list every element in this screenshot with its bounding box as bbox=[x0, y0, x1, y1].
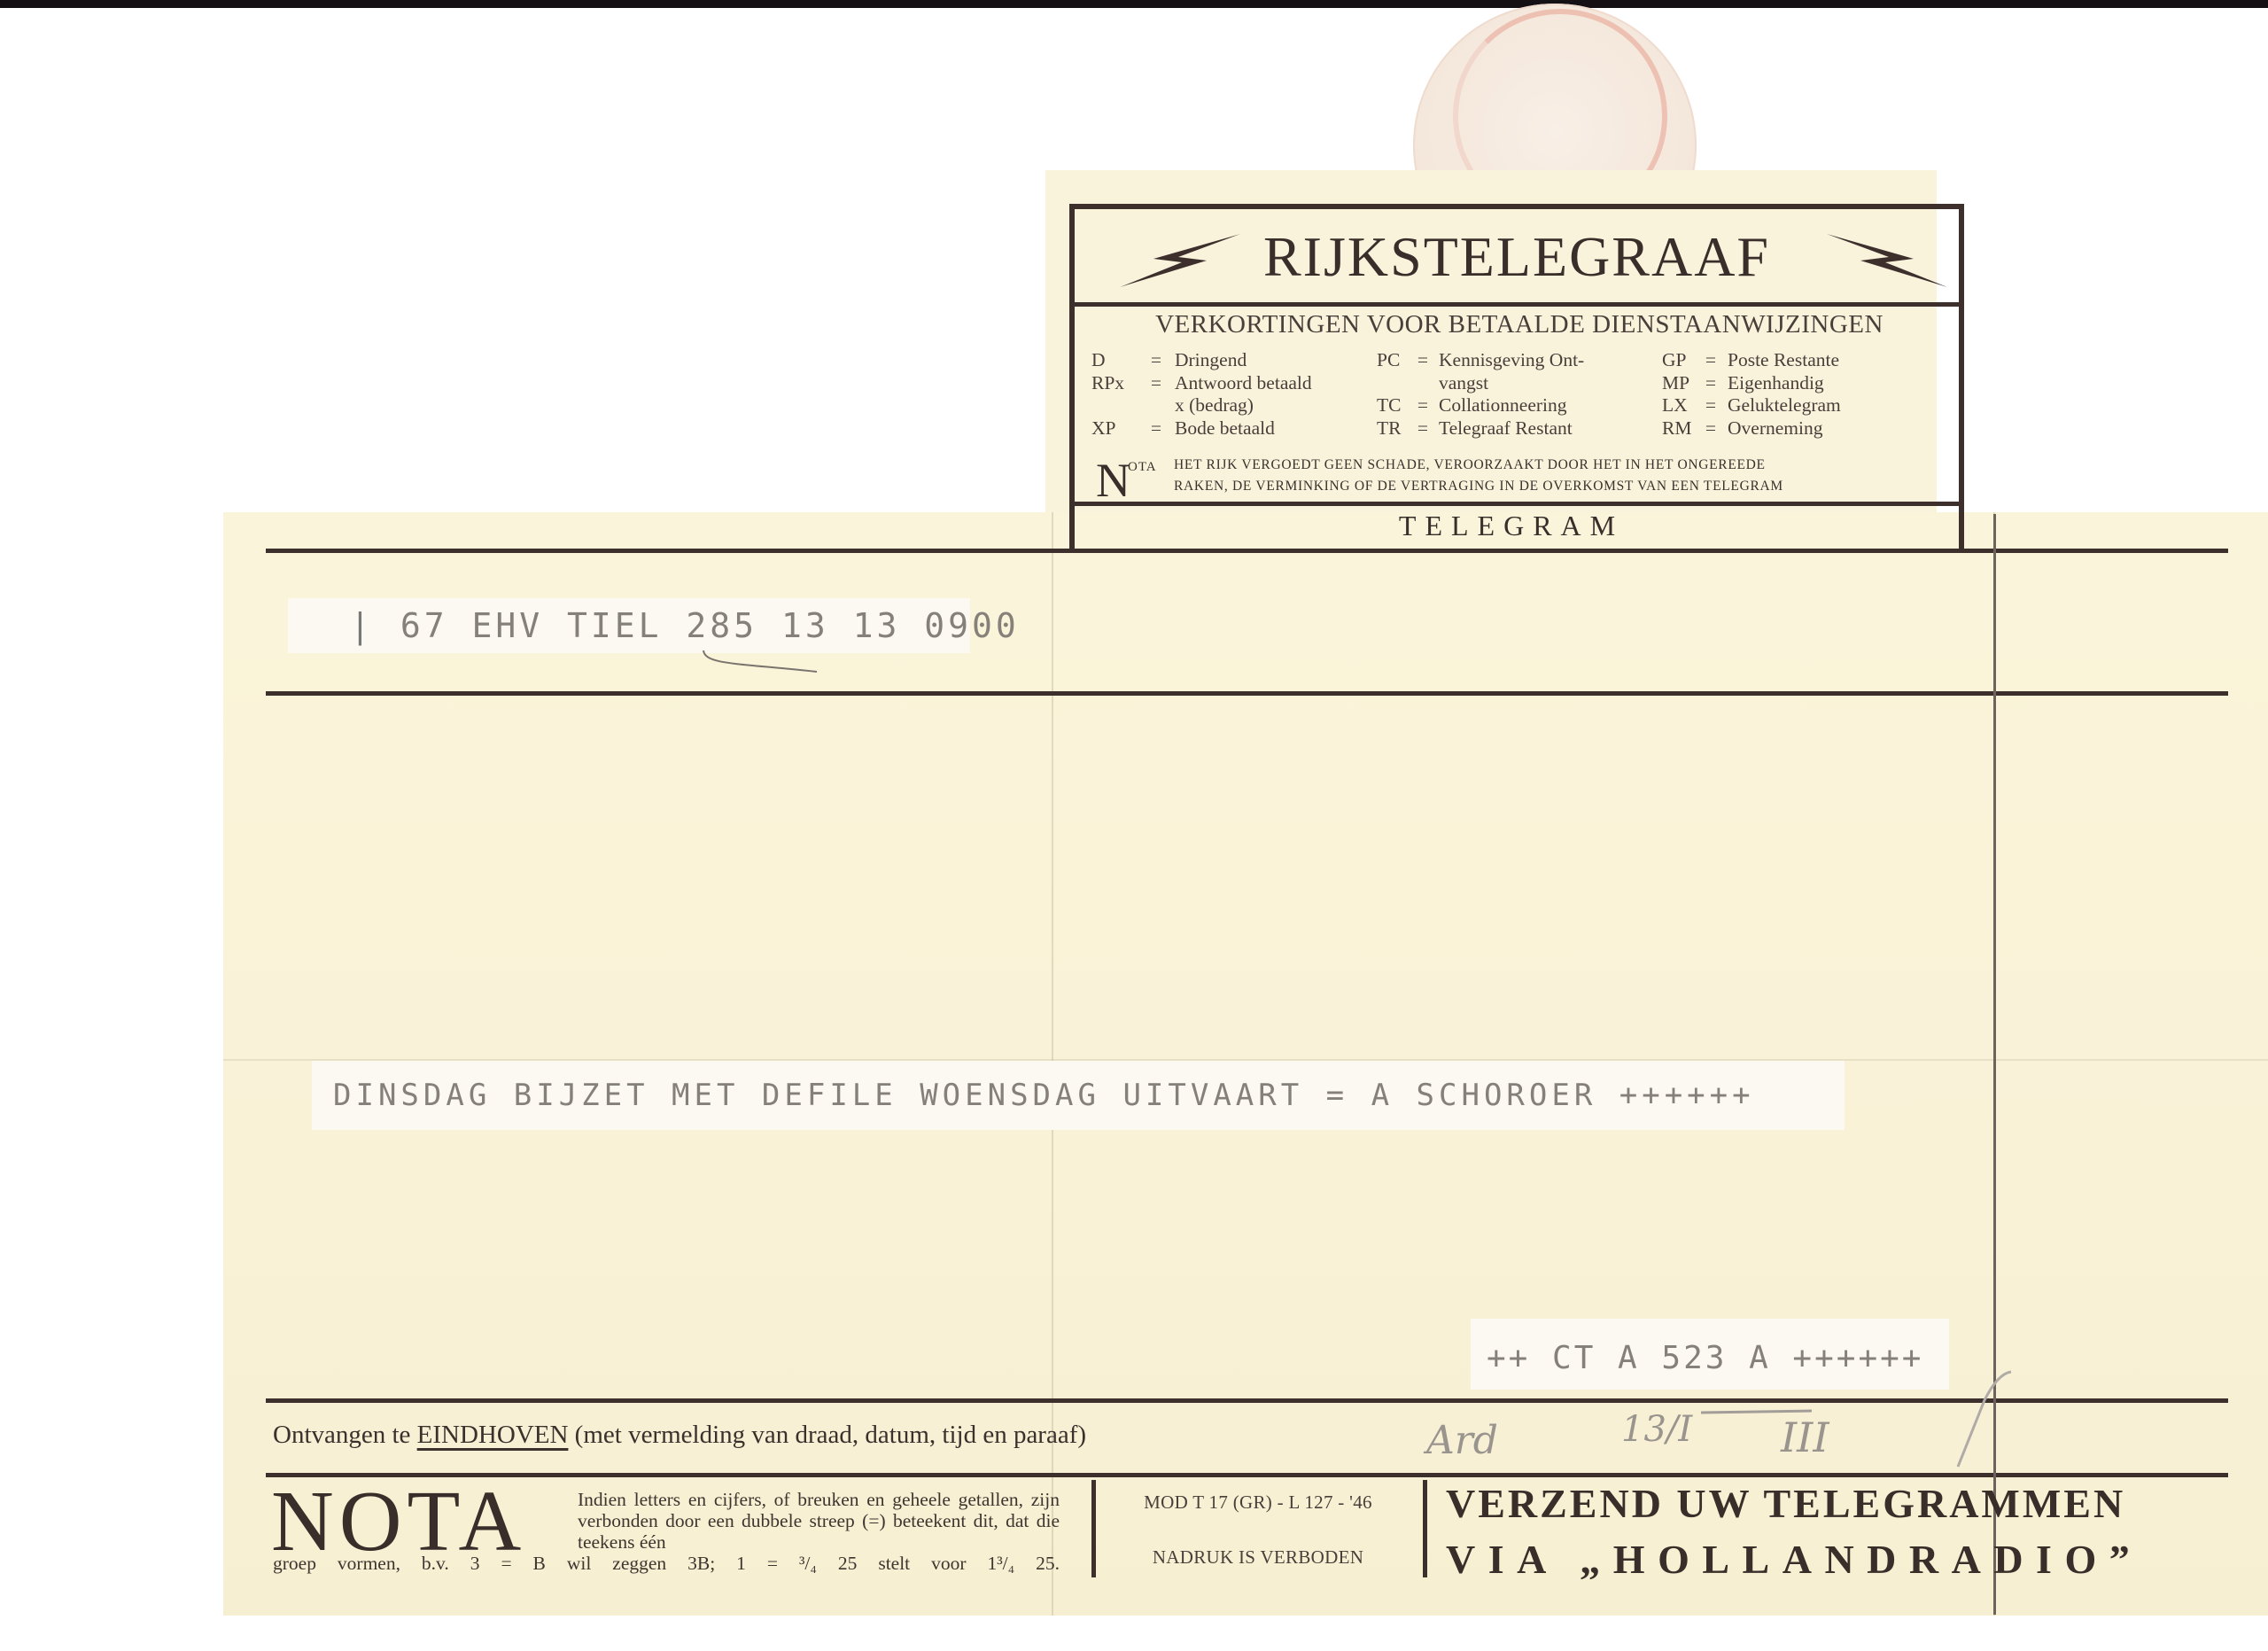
abbreviation-item: vangst bbox=[1377, 372, 1584, 395]
pencil-paraaf bbox=[1949, 1365, 2020, 1471]
abbreviation-item: LX=Geluktelegram bbox=[1662, 394, 1841, 417]
abbreviation-code: TC bbox=[1377, 394, 1407, 417]
abbreviation-item: RM=Overneming bbox=[1662, 417, 1841, 440]
abbreviation-meaning: Eigenhandig bbox=[1728, 372, 1824, 395]
equals: = bbox=[1694, 417, 1728, 440]
abbreviation-item: x (bedrag) bbox=[1091, 394, 1312, 417]
advert-line-2: VIA „HOLLANDRADIO” bbox=[1446, 1536, 2234, 1583]
equals: = bbox=[1694, 372, 1728, 395]
abbreviations-column: GP=Poste Restante MP=Eigenhandig LX=Gelu… bbox=[1662, 349, 1841, 440]
message-body-text: DINSDAG BIJZET MET DEFILE WOENSDAG UITVA… bbox=[333, 1078, 1755, 1113]
abbreviation-code: D bbox=[1091, 349, 1138, 372]
brand-title: RIJKSTELEGRAAF bbox=[1263, 224, 1770, 290]
abbreviation-meaning: Antwoord betaald bbox=[1175, 372, 1312, 395]
nota-rest: OTA bbox=[1128, 460, 1157, 475]
abbreviation-code: RM bbox=[1662, 417, 1694, 440]
form-rule-preamble bbox=[266, 691, 2228, 696]
copyright-notice: NADRUK IS VERBODEN bbox=[1090, 1546, 1426, 1569]
abbreviation-meaning: Dringend bbox=[1175, 349, 1247, 372]
equals: = bbox=[1138, 417, 1175, 440]
abbreviation-item: GP=Poste Restante bbox=[1662, 349, 1841, 372]
liability-notice: N OTA HET RIJK VERGOEDT GEEN SCHADE, VER… bbox=[1096, 456, 1946, 513]
equals: = bbox=[1694, 394, 1728, 417]
abbreviation-item: TC=Collationneering bbox=[1377, 394, 1584, 417]
abbreviations-column: PC=Kennisgeving Ont- vangst TC=Collation… bbox=[1377, 349, 1584, 440]
form-title: TELEGRAM bbox=[1075, 510, 1948, 542]
abbreviation-meaning: Telegraaf Restant bbox=[1439, 417, 1573, 440]
pencil-stroke bbox=[1701, 1409, 1816, 1418]
abbreviation-meaning: x (bedrag) bbox=[1175, 394, 1254, 417]
footer-nota-text-last: groep vormen, b.v. 3 = B wil zeggen 3B; … bbox=[273, 1553, 1060, 1574]
abbreviation-meaning: Collationneering bbox=[1439, 394, 1567, 417]
indent bbox=[1377, 372, 1439, 395]
form-rule-footer bbox=[266, 1473, 2228, 1477]
abbreviation-code: RPx bbox=[1091, 372, 1138, 395]
abbreviation-meaning: Geluktelegram bbox=[1728, 394, 1841, 417]
received-line: Ontvangen te EINDHOVEN (met vermelding v… bbox=[273, 1421, 1086, 1450]
abbreviations-title: VERKORTINGEN VOOR BETAALDE DIENSTAANWIJZ… bbox=[1081, 310, 1958, 339]
abbreviations-column: D=Dringend RPx=Antwoord betaald x (bedra… bbox=[1091, 349, 1312, 440]
abbreviation-meaning: vangst bbox=[1439, 372, 1488, 395]
abbreviation-meaning: Bode betaald bbox=[1175, 417, 1275, 440]
handwritten-time: III bbox=[1781, 1413, 1829, 1461]
tape-mark: | bbox=[350, 606, 374, 645]
trailer-strip: ++ CT A 523 A ++++++ bbox=[1471, 1319, 1949, 1390]
header-rule-top bbox=[1069, 204, 1959, 209]
equals: = bbox=[1407, 349, 1439, 372]
equals: = bbox=[1138, 372, 1175, 395]
abbreviation-item: PC=Kennisgeving Ont- bbox=[1377, 349, 1584, 372]
equals: = bbox=[1407, 394, 1439, 417]
abbreviation-meaning: Kennisgeving Ont- bbox=[1439, 349, 1584, 372]
abbreviation-item: TR=Telegraaf Restant bbox=[1377, 417, 1584, 440]
handwritten-date: 13/I bbox=[1621, 1409, 1692, 1450]
equals: = bbox=[1138, 349, 1175, 372]
received-prefix: Ontvangen te bbox=[273, 1421, 410, 1449]
abbreviation-code: LX bbox=[1662, 394, 1694, 417]
abbreviation-code: GP bbox=[1662, 349, 1694, 372]
notice-line-1: HET RIJK VERGOEDT GEEN SCHADE, VEROORZAA… bbox=[1174, 457, 1766, 473]
pencil-underline bbox=[700, 647, 824, 674]
trailer-text: ++ CT A 523 A ++++++ bbox=[1487, 1340, 1923, 1376]
abbreviation-code: TR bbox=[1377, 417, 1407, 440]
abbreviation-code: XP bbox=[1091, 417, 1138, 440]
preamble-text: 67 EHV TIEL 285 13 13 0900 bbox=[400, 606, 1020, 645]
indent bbox=[1091, 394, 1175, 417]
nota-initial: N bbox=[1096, 456, 1130, 504]
form-rule-received bbox=[266, 1398, 2228, 1403]
lightning-bolt-icon bbox=[1825, 229, 1949, 291]
abbreviation-item: MP=Eigenhandig bbox=[1662, 372, 1841, 395]
received-suffix: (met vermelding van draad, datum, tijd e… bbox=[575, 1421, 1086, 1449]
preamble-strip: |67 EHV TIEL 285 13 13 0900 bbox=[288, 598, 970, 653]
abbreviation-meaning: Overneming bbox=[1728, 417, 1822, 440]
advert-line-1: VERZEND UW TELEGRAMMEN bbox=[1446, 1480, 2234, 1527]
equals: = bbox=[1407, 417, 1439, 440]
form-rule-top bbox=[266, 549, 2228, 553]
form-code: MOD T 17 (GR) - L 127 - '46 bbox=[1090, 1491, 1426, 1514]
abbreviation-item: D=Dringend bbox=[1091, 349, 1312, 372]
notice-line-2: RAKEN, DE VERMINKING OF DE VERTRAGING IN… bbox=[1174, 479, 1783, 495]
header-rule-brand bbox=[1069, 302, 1959, 307]
scan-top-border bbox=[0, 0, 2268, 8]
handwritten-initials: Ard bbox=[1426, 1418, 1498, 1463]
message-body-strip: DINSDAG BIJZET MET DEFILE WOENSDAG UITVA… bbox=[312, 1061, 1845, 1130]
equals: = bbox=[1694, 349, 1728, 372]
abbreviation-code: PC bbox=[1377, 349, 1407, 372]
footer-nota-text: Indien letters en cijfers, of breuken en… bbox=[578, 1489, 1060, 1553]
received-city: EINDHOVEN bbox=[417, 1421, 569, 1449]
abbreviation-meaning: Poste Restante bbox=[1728, 349, 1839, 372]
abbreviation-item: XP=Bode betaald bbox=[1091, 417, 1312, 440]
abbreviation-item: RPx=Antwoord betaald bbox=[1091, 372, 1312, 395]
abbreviation-code: MP bbox=[1662, 372, 1694, 395]
